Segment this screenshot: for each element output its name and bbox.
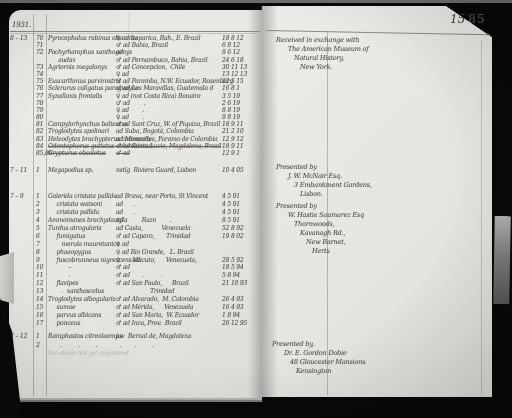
ledger-cell-dt: ad Razo . <box>116 218 222 224</box>
ledger-group: 7 – 91Galerida cristata pallidaad Brava,… <box>10 194 260 329</box>
ledger-cell-nm: fuscobrunneus nigrescens ad <box>48 258 116 264</box>
handwritten-note: Presented byW. Hastie Saumarez EsqThornw… <box>276 202 364 256</box>
ledger-cell-nm: ponceus <box>48 321 116 327</box>
ledger-cell-da: 21 10 93 <box>222 281 256 287</box>
ledger-cell-da: 8 5 91 <box>222 218 256 224</box>
ledger-cell-dt: Trinidad <box>116 289 222 295</box>
note-line: Presented by <box>276 202 364 211</box>
ledger-cell-nm: . <box>48 273 116 279</box>
note-line: J. W. McNair Esq. <box>276 172 372 181</box>
ledger-cell-nm: merula mauretanica <box>48 242 116 248</box>
ledger-cell-da: 6 8 12 <box>222 43 256 49</box>
ledger-cell-dt: juv Bernal de, Magdalena <box>116 334 222 340</box>
ledger-cell-nm: Odontophorus guttatus columbianus <box>48 144 116 150</box>
ledger-cell-da: 18 8 12 <box>222 36 256 42</box>
ledger-row: 85,86Crypturus obsoletus♂ ad12 9 1 <box>10 151 260 158</box>
ledger-cell-nm: . xanthoscelus <box>48 289 116 295</box>
ledger-cell-dt: ad Brava, near Porto, St Vincent <box>116 194 222 200</box>
ledger-cell-no: 7 <box>36 242 48 248</box>
ledger-cell-nm: Synallaxis frontalis <box>48 94 116 100</box>
ledger-cell-da: 26 12 95 <box>222 321 256 327</box>
ledger-cell-dt: ♂ ad . <box>116 101 222 107</box>
ledger-cell-nm: flavipes <box>48 281 116 287</box>
ledger-cell-dt: ♂ ad <box>116 151 222 157</box>
ledger-cell-nm: . . . <box>48 343 116 349</box>
ledger-cell-no: 84 <box>36 144 48 150</box>
ledger-cell-da: 4 5 91 <box>222 194 256 200</box>
ledger-cell-nm: Megapodius sp. <box>48 168 116 174</box>
page-number: 1585 <box>450 12 486 26</box>
ledger-cell-da: 5 8 94 <box>222 273 256 279</box>
ledger-cell-dt: ♂ ad San Paulo, Brazil <box>116 281 222 287</box>
note-line: Natural History, <box>276 54 368 63</box>
ledger-cell-da: 3 5 19 <box>222 94 256 100</box>
ledger-cell-da: 30 11 13 <box>222 65 256 71</box>
ledger-cell-da: 24 6 18 <box>222 58 256 64</box>
ledger-cell-nm: Troglodytes albogularis <box>48 297 116 303</box>
ledger-cell-da: 12 5 15 <box>222 79 256 85</box>
ledger-cell-no: 1 <box>36 334 48 340</box>
ledger-cell-nm: cristata watsoni <box>48 202 116 208</box>
ledger-cell-nm: Campylorhynchus balteatus <box>48 122 116 128</box>
ledger-cell-dt: ♀ Macuto, Venezuela, <box>116 258 222 264</box>
handwritten-note: Presented byJ. W. McNair Esq.3 Embankmen… <box>276 163 372 199</box>
ledger-cell-no: 71 <box>36 43 48 49</box>
note-line: Presented by <box>276 163 372 172</box>
ledger-cell-no: 12 <box>36 281 48 287</box>
ledger-cell-da: 18 5 94 <box>222 265 256 271</box>
ledger-cell-nm: Galerida cristata pallida <box>48 194 116 200</box>
ledger-cell-nm: cristata pallida <box>48 210 116 216</box>
ledger-cell-dt: ♀ ad <box>116 242 222 248</box>
ledger-cell-no: 15 <box>36 305 48 311</box>
ledger-cell-da: 9 8 19 <box>222 115 256 121</box>
ledger-cell-no: 76 <box>36 86 48 92</box>
ledger-cell-dt: ♂ ad Caparo, Trinidad <box>116 234 222 240</box>
ledger-cell-nm: Pachyrhamphus xanthogenys <box>48 50 116 56</box>
ledger-cell-no: 13 <box>36 289 48 295</box>
ledger-cell-no: 72 <box>36 50 48 56</box>
ledger-cell-dt: ♀ ad (not Costa Rica) Bonaire <box>116 94 222 100</box>
ledger-cell-da: 21 2 10 <box>222 129 256 135</box>
note-line: 48 Gloucester Mansions <box>272 358 365 367</box>
ledger-cell-da: 18 9 11 <box>222 144 256 150</box>
ledger-cell-nm: sumae <box>48 305 116 311</box>
page-number-ink: 15 <box>450 12 465 26</box>
ledger-cell-dt: ♂ ad Pernambuco, Bahia, Brazil <box>116 58 222 64</box>
page-number-stamp: 85 <box>468 12 485 26</box>
photo-top-edge <box>0 0 512 3</box>
note-line: Herts <box>276 247 364 256</box>
ledger-cell-no: 85,86 <box>36 151 48 157</box>
note-line: Lisbon. <box>276 190 372 199</box>
ledger-cell-no: 75 <box>36 79 48 85</box>
ledger-cell-no: 8 <box>36 250 48 256</box>
ledger-cell-dt: ♂ ad Alvarado, M. Colombia <box>116 297 222 303</box>
ledger-cell-no: 16 <box>36 313 48 319</box>
ledger-cell-no: 74 <box>36 72 48 78</box>
handwritten-note: Presented by,Dr. E. Gordon Dobie48 Glouc… <box>272 340 365 376</box>
metal-clip <box>493 216 511 304</box>
ledger-cell-no: 6 <box>36 234 48 240</box>
ledger-cell-da: 52 8 92 <box>222 226 256 232</box>
ledger-cell-no: 78 <box>36 101 48 107</box>
ledger-cell-dt: ad Miravalles, Paramo de Colombia <box>116 137 222 143</box>
ledger-cell-dt: ad . <box>116 202 222 208</box>
ledger-cell-no: 5 <box>36 226 48 232</box>
page-tab-wedge <box>0 252 14 304</box>
ledger-cell-no: 2 <box>36 202 48 208</box>
note-line: Thornwoods, <box>276 220 364 229</box>
ledger-cell-no: 80 <box>36 115 48 121</box>
ledger-cell-da: 26 4 93 <box>222 297 256 303</box>
ledger-cell-da: 18 9 11 <box>222 122 256 128</box>
ledger-cell-dt: ♂ ad . . <box>116 273 222 279</box>
ledger-cell-da: 8 6 12 <box>222 50 256 56</box>
right-page-edge-line <box>481 40 482 395</box>
ledger-cell-no: 14 <box>36 297 48 303</box>
ledger-cell-nm: parvus albicans <box>48 313 116 319</box>
ledger-cell-nm: Crypturus obsoletus <box>48 151 116 157</box>
ledger-cell-dt: ad Suba, Bogotá, Colombia <box>116 129 222 135</box>
ledger-cell-dt: ♀ ad . <box>116 108 222 114</box>
ledger-cell-da: 28 5 92 <box>222 258 256 264</box>
ledger-cell-da: 19 8 02 <box>222 234 256 240</box>
ledger-cell-nm: Pyrocephalus rubinus obscurus <box>48 36 116 42</box>
note-line: New Barnet, <box>276 238 364 247</box>
ledger-cell-dt: ♀ ad Rio Grande, L. Brazil <box>116 250 222 256</box>
ledger-cell-no: 77 <box>36 94 48 100</box>
ledger-cell-da: 4 5 91 <box>222 210 256 216</box>
ledger-cell-nm: phaeopygus <box>48 250 116 256</box>
ledger-row: 17 ponceus♂ ad Inca, Prov. Brazil26 12 9… <box>10 321 260 329</box>
ledger-cell-no: 3 <box>36 210 48 216</box>
ledger-cell-nm: Turdus atrogularis <box>48 226 116 232</box>
ledger-cell-nm: Ammomanes brachydactyla <box>48 218 116 224</box>
ledger-cell-dt: . . . <box>116 343 222 349</box>
ledger-group: 7 – 111Megapodius sp.nstlg Riviera Guard… <box>10 168 260 176</box>
ledger-row: the above not yet registered <box>10 351 260 360</box>
ledger-cell-dt: ♂ ad Las Maravillas, Guatemala d <box>116 86 222 92</box>
ledger-cell-dt: ad Casta, Venezuela <box>116 226 222 232</box>
ledger-cell-m: 7 – 11 <box>10 168 36 174</box>
ledger-cell-nm: – <box>48 265 116 271</box>
ledger-cell-no: 83 <box>36 137 48 143</box>
ledger-cell-dt: ♂ ad Santa Lucia, Magdalena, Brazil <box>116 144 222 150</box>
ledger-cell-no: 1 <box>36 194 48 200</box>
ledger-cell-nm: Euscarthmus parvirostris <box>48 79 116 85</box>
ledger-cell-no: 17 <box>36 321 48 327</box>
left-page-header-rule <box>10 31 260 32</box>
note-line: 3 Embankment Gardens, <box>276 181 372 190</box>
ledger-cell-no: 4 <box>36 218 48 224</box>
ledger-cell-da: 16 8 1 <box>222 86 256 92</box>
photographed-ledger-spread: 1931. 8 – 1370Pyrocephalus rubinus obscu… <box>0 0 512 418</box>
ledger-cell-da: 16 4 93 <box>222 305 256 311</box>
ledger-cell-nm: fumigatus <box>48 234 116 240</box>
ledger-cell-no: 70 <box>36 36 48 42</box>
ledger-cell-nm: Troglodytes apolinari <box>48 129 116 135</box>
ledger-cell-m: 7 – 12 <box>10 334 36 340</box>
ledger-cell-no: 9 <box>36 258 48 264</box>
ledger-cell-da: 4 5 91 <box>222 202 256 208</box>
year-header: 1931. <box>12 21 31 29</box>
ledger-group: 8 – 1370Pyrocephalus rubinus obscurus♀ a… <box>10 36 260 158</box>
ledger-cell-da: 10 4 05 <box>222 168 256 174</box>
handwritten-note: Received in exchange withThe American Mu… <box>276 36 368 72</box>
ledger-cell-nm: the above not yet registered <box>48 351 116 357</box>
ledger-cell-no: 81 <box>36 122 48 128</box>
note-line: W. Hastie Saumarez Esq <box>276 211 364 220</box>
ledger-cell-no: 10 <box>36 265 48 271</box>
ledger-cell-nm: audax <box>48 58 116 64</box>
ledger-cell-dt: nstlg Riviera Guard, Lisbon <box>116 168 222 174</box>
ledger-cell-dt: ♂ ad Inca, Prov. Brazil <box>116 321 222 327</box>
ledger-cell-no: 2 <box>36 343 48 349</box>
ledger-cell-dt: ♂ ad San Maria, W. Ecuador <box>116 313 222 319</box>
note-line: New York. <box>276 63 368 72</box>
ledger-cell-dt: ad . <box>116 210 222 216</box>
ledger-cell-dt: ♂ ad Bahia, Brazil <box>116 43 222 49</box>
ledger-cell-da: 8 8 19 <box>222 108 256 114</box>
ledger-cell-nm: Sclerurus caligatus paraguayae <box>48 86 116 92</box>
note-line: The American Museum of <box>276 45 368 54</box>
note-line: Presented by, <box>272 340 365 349</box>
ledger-cell-da: 12 9 1 <box>222 151 256 157</box>
ledger-cell-no: 79 <box>36 108 48 114</box>
ledger-cell-dt: ♂ ad Concepcion, Chile <box>116 65 222 71</box>
note-line: Kavanagh Rd., <box>276 229 364 238</box>
ledger-cell-no: 73 <box>36 65 48 71</box>
note-line: Received in exchange with <box>276 36 368 45</box>
ledger-cell-nm: Heleodytes brachypterus communis <box>48 137 116 143</box>
ledger-cell-no: 1 <box>36 168 48 174</box>
ledger-cell-dt: ♂ ad <box>116 265 222 271</box>
ledger-cell-m: 8 – 13 <box>10 36 36 42</box>
note-line: Dr. E. Gordon Dobie <box>272 349 365 358</box>
left-page-header-rule-2 <box>10 33 260 34</box>
ledger-cell-m: 7 – 9 <box>10 194 36 200</box>
ledger-cell-da: 12 9 12 <box>222 137 256 143</box>
ledger-cell-da: 1 8 94 <box>222 313 256 319</box>
ledger-cell-da: 2 6 19 <box>222 101 256 107</box>
ledger-group: 7 – 121Ramphastos citreolaemusjuv Bernal… <box>10 334 260 360</box>
ledger-cell-nm: Ramphastos citreolaemus <box>48 334 116 340</box>
ledger-cell-nm: Agriornis megalonyx <box>48 65 116 71</box>
ledger-cell-no: 82 <box>36 129 48 135</box>
ledger-cell-no: 11 <box>36 273 48 279</box>
ledger-cell-dt: ad <box>116 50 222 56</box>
note-line: Kensington <box>272 367 365 376</box>
ledger-row: 7 – 111Megapodius sp.nstlg Riviera Guard… <box>10 168 260 176</box>
ledger-cell-dt: ♂ ad Mérida, Venezuela <box>116 305 222 311</box>
